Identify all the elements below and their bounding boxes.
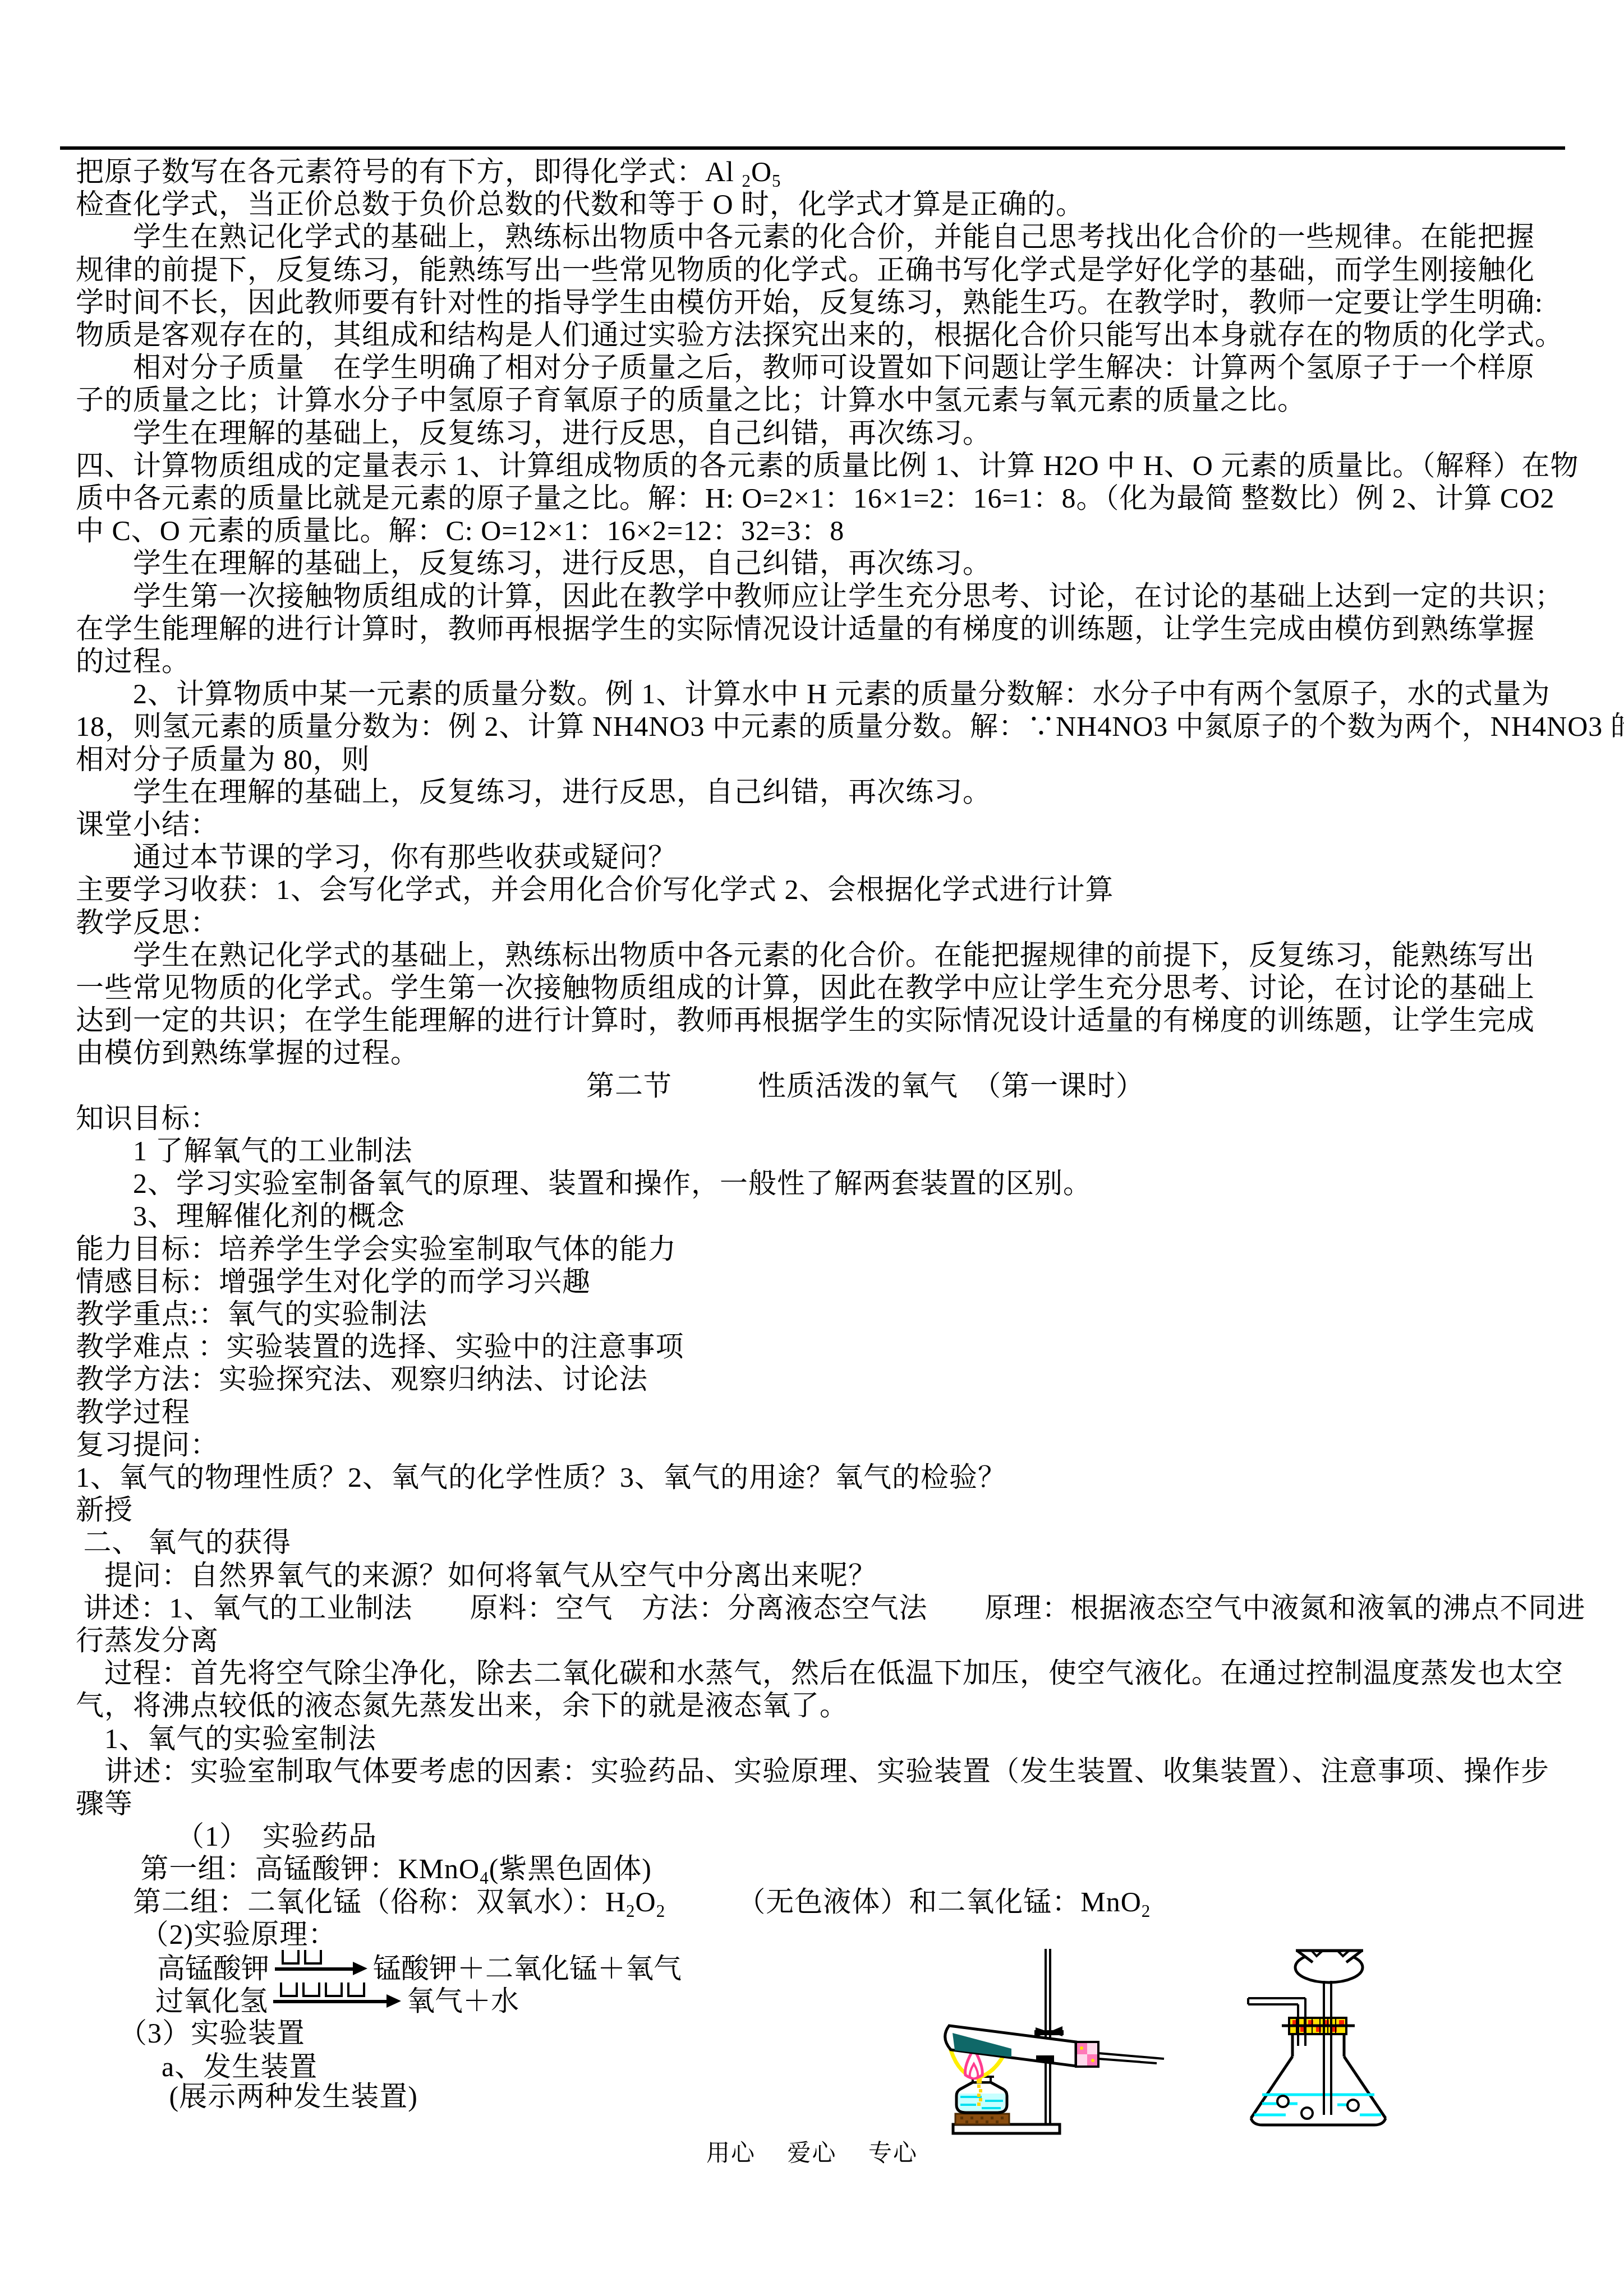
arrow-head [387, 1994, 401, 2008]
text-line: 二、 氧气的获得 [76, 1527, 291, 1558]
formula-subscript: 4 [480, 1868, 489, 1888]
top-rule [60, 146, 1565, 150]
text-line: 讲述：1、氧气的工业制法 原料：空气 方法：分离液态空气法 原理：根据液态空气中… [76, 1592, 1586, 1624]
text-line: 的过程。 [76, 646, 190, 677]
text-line: 由模仿到熟练掌握的过程。 [76, 1037, 419, 1068]
formula-subscript: 2 [1142, 1901, 1151, 1921]
chemical-equation: 过氧化氢氧气＋水 [155, 1983, 519, 2015]
text-line: 学生在理解的基础上，反复练习，进行反思，自己纠错，再次练习。 [76, 776, 991, 808]
text-line: （3）实验装置 [76, 2017, 305, 2049]
h2o2-flask-thistle-funnel-apparatus-figure [1240, 1938, 1402, 2131]
text-line: 学生在熟记化学式的基础上，熟练标出物质中各元素的化合价。在能把握规律的前提下，反… [76, 939, 1535, 971]
iron-stand-base [953, 2124, 1060, 2133]
alcohol-lamp [956, 2077, 1007, 2113]
arrow-head [353, 1962, 367, 1975]
formula-subscript: 2 [656, 1901, 666, 1921]
text-line: 学生第一次接触物质组成的计算，因此在教学中教师应让学生充分思考、讨论，在讨论的基… [76, 580, 1563, 612]
text-line: 第二组：二氧化锰（俗称：双氧水）：H2O2 （无色液体）和二氧化锰：MnO2 [76, 1886, 1151, 1917]
footer-motto: 用心 爱心 专心 [0, 2134, 1624, 2168]
text-line: 2、计算物质中某一元素的质量分数。例 1、计算水中 H 元素的质量分数解：水分子… [76, 678, 1551, 709]
text-line: 子的质量之比；计算水分子中氢原子育氧原子的质量之比；计算水中氢元素与氧元素的质量… [76, 384, 1306, 416]
formula-subscript: 5 [772, 171, 781, 191]
text-line: 达到一定的共识；在学生能理解的进行计算时，教师再根据学生的实际情况设计适量的有梯… [76, 1004, 1535, 1036]
delivery-tube [1098, 2053, 1164, 2063]
text-line: 教学过程 [76, 1396, 190, 1428]
text-line: a、发生装置 [76, 2051, 318, 2082]
text-line: 行蒸发分离 [76, 1625, 219, 1656]
text-line: 知识目标： [76, 1103, 219, 1134]
text-line: 一些常见物质的化学式。学生第一次接触物质组成的计算，因此在教学中应让学生充分思考… [76, 972, 1535, 1003]
formula-subscript: 2 [742, 171, 752, 191]
text-line: 学生在熟记化学式的基础上，熟练标出物质中各元素的化合价，并能自己思考找出化合价的… [76, 221, 1535, 252]
text-segment: O [751, 156, 772, 187]
kmno4-heating-test-tube-apparatus-figure [898, 1938, 1245, 2162]
erlenmeyer-flask [1251, 2034, 1386, 2125]
formula-subscript: 2 [626, 1901, 636, 1921]
iron-stand-pole [1045, 1949, 1051, 2124]
test-tube-stopper [1076, 2042, 1098, 2067]
section-title: 第二节 性质活泼的氧气 （第一课时） [586, 1070, 1144, 1101]
text-line: 提问：自然界氧气的来源？如何将氧气从空气中分离出来呢？ [76, 1560, 877, 1591]
condition-box-glyph [280, 1983, 298, 1997]
text-line: 骤等 [76, 1788, 133, 1819]
text-line: （1） 实验药品 [76, 1820, 377, 1852]
text-segment: O [636, 1886, 656, 1917]
text-line: （2)实验原理： [76, 1919, 337, 1950]
condition-box-glyph [282, 1950, 300, 1965]
equation-reactant: 过氧化氢 [155, 1979, 268, 2019]
text-line: 在学生能理解的进行计算时，教师再根据学生的实际情况设计适量的有梯度的训练题，让学… [76, 613, 1535, 644]
text-line: 3、理解催化剂的概念 [76, 1200, 405, 1232]
text-line: 质中各元素的质量比就是元素的原子量之比。解：H: O=2×1：16×1=2：16… [76, 482, 1555, 514]
condition-box-glyph [325, 1983, 343, 1997]
text-line: 教学方法：实验探究法、观察归纳法、讨论法 [76, 1363, 648, 1395]
flask-liquid [1254, 2095, 1381, 2115]
text-line: 教学反思： [76, 907, 219, 938]
text-line: 主要学习收获：1、会写化学式，并会用化合价写化学式 2、会根据化学式进行计算 [76, 874, 1114, 905]
text-line: 规律的前提下，反复练习，能熟练写出一些常见物质的化学式。正确书写化学式是学好化学… [76, 254, 1535, 285]
arrow-shaft [275, 1967, 355, 1971]
thistle-funnel [1295, 1951, 1363, 1983]
gas-bubbles [1277, 2096, 1359, 2119]
text-segment: (紫黑色固体) [489, 1853, 652, 1884]
text-line: 过程：首先将空气除尘净化，除去二氧化碳和水蒸气，然后在低温下加压，使空气液化。在… [76, 1657, 1563, 1689]
text-line: 物质是客观存在的，其组成和结构是人们通过实验方法探究出来的，根据化合价只能写出本… [76, 319, 1563, 351]
chemical-equation: 高锰酸钾锰酸钾＋二氧化锰＋氧气 [157, 1950, 682, 1983]
text-line: 能力目标：培养学生学会实验室制取气体的能力 [76, 1233, 677, 1265]
text-segment: 把原子数写在各元素符号的有下方，即得化学式：Al [76, 156, 742, 187]
text-line: 课堂小结： [76, 809, 219, 840]
text-line: 1、氧气的物理性质？2、氧气的化学性质？3、氧气的用途？氧气的检验？ [76, 1461, 1006, 1493]
text-line: 把原子数写在各元素符号的有下方，即得化学式：Al 2O5 [76, 156, 781, 187]
text-line: 复习提问： [76, 1429, 219, 1460]
arrow-shaft [273, 2000, 389, 2003]
arrow-condition-glyphs [282, 1950, 322, 1965]
text-line: 检查化学式，当正价总数于负价总数的代数和等于 O 时，化学式才算是正确的。 [76, 188, 1084, 220]
arrow-condition-glyphs [280, 1983, 365, 1997]
text-line: 相对分子质量为 80，则 [76, 744, 370, 775]
text-line: 相对分子质量 在学生明确了相对分子质量之后，教师可设置如下问题让学生解决：计算两… [76, 352, 1535, 383]
text-line: 第一组：高锰酸钾：KMnO4(紫黑色固体) [76, 1853, 652, 1884]
equation-products: 氧气＋水 [407, 1979, 519, 2019]
text-line: 新授 [76, 1494, 133, 1525]
text-line: 通过本节课的学习，你有那些收获或疑问？ [76, 841, 677, 873]
reaction-arrow-icon [273, 1983, 401, 2015]
text-line: 教学难点 ：实验装置的选择、实验中的注意事项 [76, 1331, 684, 1362]
text-line: 学生在理解的基础上，反复练习，进行反思，自己纠错，再次练习。 [76, 547, 991, 579]
text-line: 学生在理解的基础上，反复练习，进行反思，自己纠错，再次练习。 [76, 417, 991, 449]
text-segment: 第一组：高锰酸钾：KMnO [76, 1853, 480, 1884]
text-line: (展示两种发生装置) [76, 2081, 418, 2112]
text-line: 18，则氢元素的质量分数为：例 2、计算 NH4NO3 中元素的质量分数。解：∵… [76, 711, 1624, 742]
text-line: 教学重点:：氧气的实验制法 [76, 1298, 427, 1330]
text-line: 学时间不长，因此教师要有针对性的指导学生由模仿开始，反复练习，熟能生巧。在教学时… [76, 287, 1543, 318]
text-line: 中 C、O 元素的质量比。解：C: O=12×1：16×2=12：32=3：8 [76, 515, 844, 546]
reaction-arrow-icon [275, 1950, 367, 1983]
text-line: 1 了解氧气的工业制法 [76, 1135, 413, 1167]
text-line: 1、氧气的实验室制法 [76, 1723, 376, 1754]
condition-box-glyph [302, 1983, 320, 1997]
wood-block [955, 2114, 1009, 2124]
flask-stopper [1282, 2018, 1355, 2034]
text-segment: （无色液体）和二氧化锰：MnO [665, 1886, 1142, 1917]
text-line: 2、学习实验室制备氧气的原理、装置和操作，一般性了解两套装置的区别。 [76, 1168, 1092, 1199]
text-line: 气，将沸点较低的液态氮先蒸发出来，余下的就是液态氧了。 [76, 1690, 848, 1721]
text-segment: 第二组：二氧化锰（俗称：双氧水）：H [76, 1886, 626, 1917]
text-line: 情感目标：增强学生对化学的而学习兴趣 [76, 1266, 591, 1297]
condition-box-glyph [304, 1950, 322, 1965]
condition-box-glyph [347, 1983, 365, 1997]
document-page: 把原子数写在各元素符号的有下方，即得化学式：Al 2O5检查化学式，当正价总数于… [0, 0, 1624, 2296]
text-line: 四、计算物质组成的定量表示 1、计算组成物质的各元素的质量比例 1、计算 H2O… [76, 450, 1579, 481]
text-line: 讲述：实验室制取气体要考虑的因素：实验药品、实验原理、实验装置（发生装置、收集装… [76, 1755, 1549, 1787]
